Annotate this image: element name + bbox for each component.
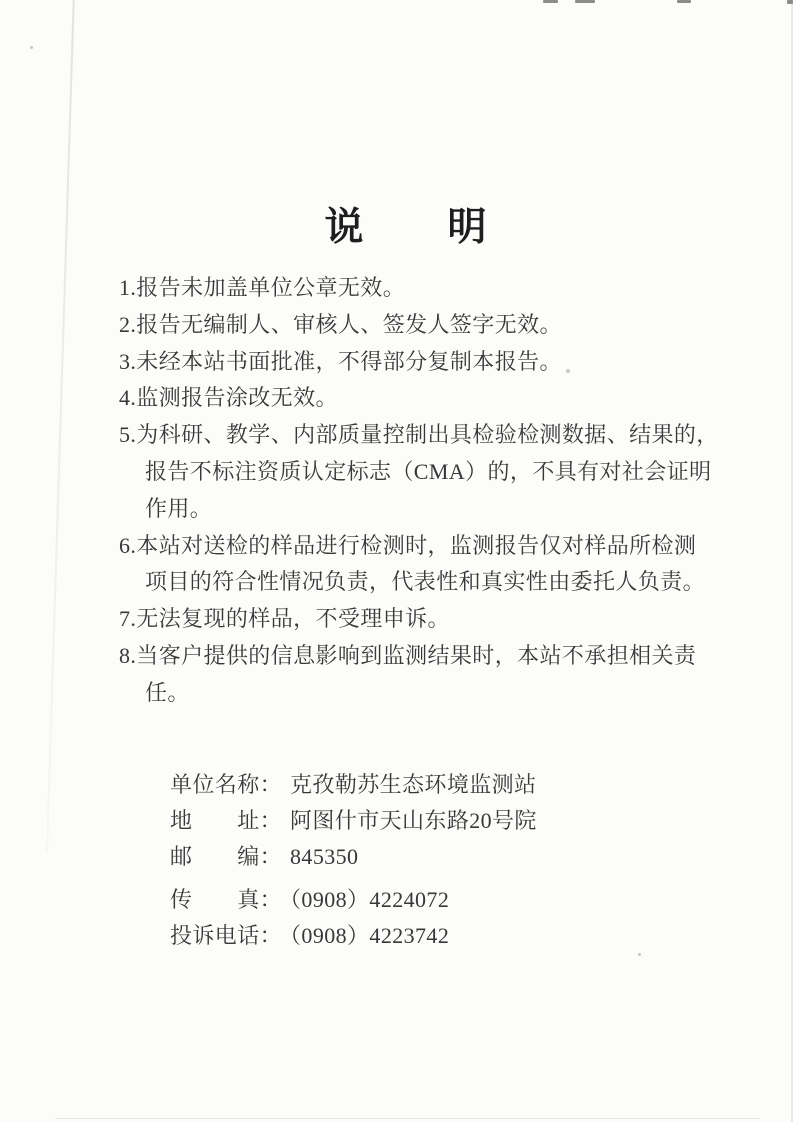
scan-speck bbox=[30, 46, 33, 49]
note-item-2: 2.报告无编制人、审核人、签发人签字无效。 bbox=[119, 307, 759, 344]
scan-smudge bbox=[787, 0, 793, 4]
notes-list: 1.报告未加盖单位公章无效。 2.报告无编制人、审核人、签发人签字无效。 3.未… bbox=[119, 270, 759, 712]
contact-row-fax: 传 真：（0908）4224072 bbox=[170, 882, 537, 918]
contact-value: 克孜勒苏生态环境监测站 bbox=[290, 772, 536, 797]
note-item-1: 1.报告未加盖单位公章无效。 bbox=[119, 270, 759, 307]
contact-value: （0908）4224072 bbox=[290, 887, 449, 912]
contact-row-complaint-phone: 投诉电话：（0908）4223742 bbox=[170, 918, 537, 954]
scan-smudge bbox=[543, 0, 558, 3]
note-item-6-cont: 项目的符合性情况负责，代表性和真实性由委托人负责。 bbox=[119, 564, 759, 601]
scan-edge-bottom bbox=[55, 1118, 760, 1119]
scan-fold-line bbox=[46, 0, 75, 852]
contact-row-postcode: 邮 编：845350 bbox=[170, 839, 537, 875]
contact-row-address: 地 址：阿图什市天山东路20号院 bbox=[170, 803, 537, 839]
scanned-document-page: 说 明 1.报告未加盖单位公章无效。 2.报告无编制人、审核人、签发人签字无效。… bbox=[0, 0, 793, 1122]
note-item-8: 8.当客户提供的信息影响到监测结果时，本站不承担相关责 bbox=[119, 638, 759, 675]
contact-block: 单位名称：克孜勒苏生态环境监测站 地 址：阿图什市天山东路20号院 邮 编：84… bbox=[170, 767, 537, 954]
note-item-5-cont: 作用。 bbox=[119, 491, 759, 528]
contact-label: 地 址： bbox=[170, 808, 282, 833]
note-item-5-cont: 报告不标注资质认定标志（CMA）的，不具有对社会证明 bbox=[119, 454, 759, 491]
contact-label: 投诉电话： bbox=[170, 923, 282, 948]
note-item-5: 5.为科研、教学、内部质量控制出具检验检测数据、结果的， bbox=[119, 417, 759, 454]
scan-smudge bbox=[677, 0, 691, 3]
scan-speck bbox=[638, 953, 641, 956]
contact-value: 845350 bbox=[290, 844, 358, 869]
note-item-6: 6.本站对送检的样品进行检测时，监测报告仅对样品所检测 bbox=[119, 528, 759, 565]
contact-label: 单位名称： bbox=[170, 772, 282, 797]
contact-label: 邮 编： bbox=[170, 844, 282, 869]
contact-value: 阿图什市天山东路20号院 bbox=[290, 808, 537, 833]
note-item-8-cont: 任。 bbox=[119, 675, 759, 712]
scan-smudge bbox=[575, 0, 595, 3]
page-title: 说 明 bbox=[10, 196, 793, 252]
contact-row-unit-name: 单位名称：克孜勒苏生态环境监测站 bbox=[170, 767, 537, 803]
note-item-7: 7.无法复现的样品，不受理申诉。 bbox=[119, 601, 759, 638]
contact-value: （0908）4223742 bbox=[290, 923, 449, 948]
note-item-4: 4.监测报告涂改无效。 bbox=[119, 380, 759, 417]
note-item-3: 3.未经本站书面批准，不得部分复制本报告。 bbox=[119, 344, 759, 381]
contact-label: 传 真： bbox=[170, 887, 282, 912]
